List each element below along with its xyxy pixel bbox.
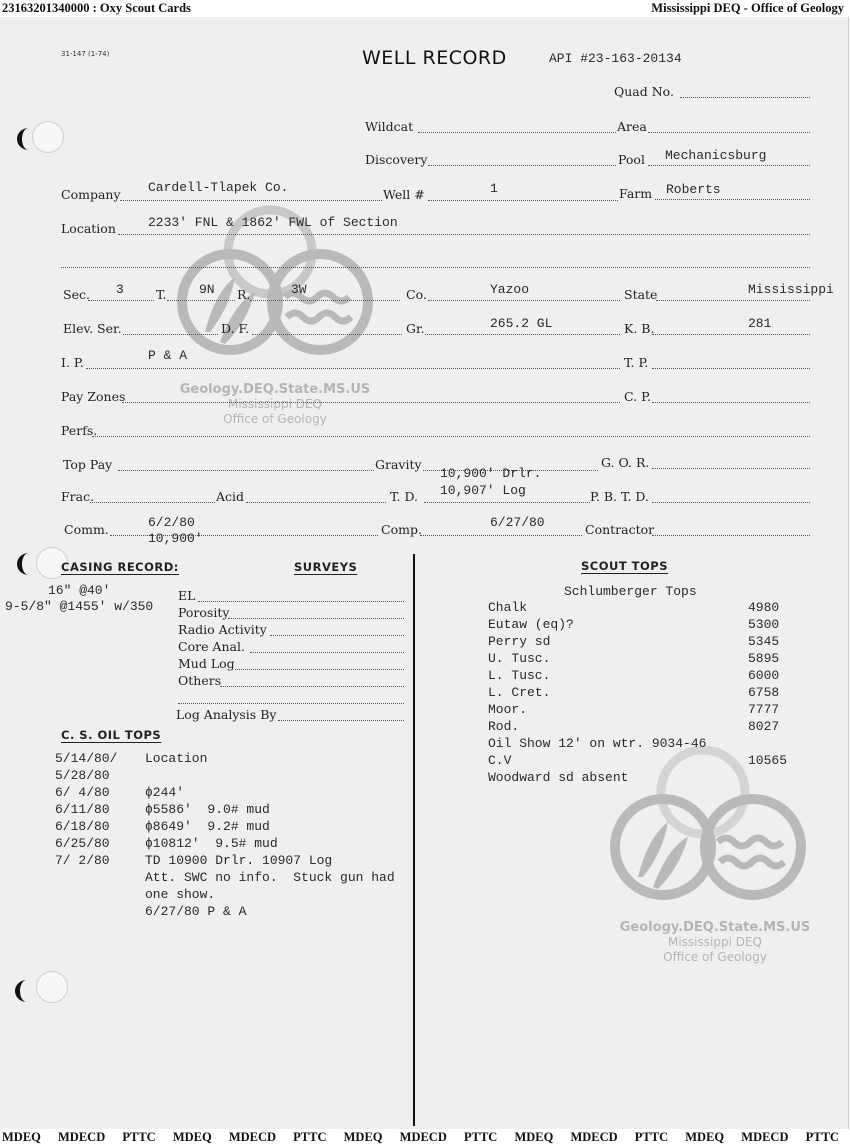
form-number: 31-147 (1-74) — [61, 50, 109, 58]
casing-line: 16" @40' — [48, 583, 110, 598]
well-number-label: Well # — [383, 187, 425, 202]
township-value: 9N — [199, 282, 215, 297]
watermark-logo: Geology.DEQ.State.MS.US Mississippi DEQ … — [175, 202, 385, 422]
quad-no-field — [680, 97, 810, 98]
form-title: WELL RECORD — [362, 47, 507, 69]
list-item: one show. — [145, 887, 215, 902]
survey-others-label: Others — [178, 673, 221, 688]
entry-note: Location — [145, 751, 207, 766]
list-item: 6/11/80 — [55, 802, 110, 817]
entry-note: ϕ244' — [145, 785, 184, 800]
td-field — [424, 502, 590, 503]
contractor-field — [652, 535, 810, 536]
survey-radio-activity-label: Radio Activity — [178, 622, 267, 637]
list-item: 5/28/80 — [55, 768, 110, 783]
list-item-depth: 7777 — [748, 702, 779, 717]
list-item: Att. SWC no info. Stuck gun had — [145, 870, 395, 885]
list-item: Chalk — [488, 600, 527, 615]
range-label: R. — [237, 287, 250, 302]
list-item: Moor. — [488, 702, 527, 717]
scout-card: Geology.DEQ.State.MS.US Mississippi DEQ … — [0, 17, 849, 1129]
tp-field — [652, 368, 810, 369]
list-item: ϕ244' — [145, 785, 184, 800]
comm-date-value: 6/2/80 — [148, 515, 195, 530]
list-item: C.V — [488, 753, 511, 768]
td-drlr-value: 10,900' Drlr. — [440, 466, 541, 481]
kb-value: 281 — [748, 316, 771, 331]
entry-date: 6/11/80 — [55, 802, 110, 817]
page-footer: MDEQ MDECD PTTC MDEQ MDECD PTTC MDEQ MDE… — [0, 1130, 850, 1147]
comm-depth-value: 10,900' — [148, 531, 203, 546]
entry-note: 6/27/80 P & A — [145, 904, 246, 919]
tp-label: T. P. — [624, 355, 648, 370]
township-label: T. — [156, 287, 166, 302]
county-label: Co. — [406, 287, 427, 302]
entry-note: ϕ10812' 9.5# mud — [145, 836, 278, 851]
list-item: 7/ 2/80 — [55, 853, 110, 868]
list-item-depth: 8027 — [748, 719, 779, 734]
df-label: D. F. — [221, 321, 249, 336]
list-item-depth: 6000 — [748, 668, 779, 683]
discovery-label: Discovery — [365, 152, 427, 167]
survey-porosity-label: Porosity — [178, 605, 229, 620]
kb-field — [652, 334, 810, 335]
entry-date: 6/ 4/80 — [55, 785, 110, 800]
entry-note: Att. SWC no info. Stuck gun had — [145, 870, 395, 885]
survey-core-anal-label: Core Anal. — [178, 639, 245, 654]
ip-field — [86, 368, 620, 369]
county-value: Yazoo — [490, 282, 529, 297]
top-pay-field — [118, 470, 374, 471]
df-field — [252, 334, 402, 335]
list-item: 6/ 4/80 — [55, 785, 110, 800]
frac-field — [90, 502, 215, 503]
quad-no-label: Quad No. — [614, 84, 674, 99]
township-field — [167, 300, 235, 301]
company-field — [120, 200, 382, 201]
watermark-agency: Mississippi DEQ — [610, 935, 820, 950]
area-label: Area — [617, 119, 647, 134]
survey-porosity-field — [228, 618, 404, 619]
td-label: T. D. — [390, 489, 418, 504]
header-right-title: Mississippi DEQ - Office of Geology — [651, 1, 844, 16]
log-analysis-by-field — [278, 720, 404, 721]
punch-hole-shadow-icon — [17, 128, 40, 150]
casing-line: 9-5/8" @1455' w/350 — [5, 599, 153, 614]
entry-date: 7/ 2/80 — [55, 853, 110, 868]
list-item-depth: 10565 — [748, 753, 787, 768]
pay-zones-field — [122, 402, 620, 403]
td-log-value: 10,907' Log — [440, 483, 526, 498]
wildcat-label: Wildcat — [365, 119, 413, 134]
list-item: ϕ10812' 9.5# mud — [145, 836, 278, 851]
acid-label: Acid — [216, 489, 244, 504]
ip-value: P & A — [148, 348, 187, 363]
kb-label: K. B. — [624, 321, 654, 336]
pool-field — [648, 165, 810, 166]
casing-record-heading: CASING RECORD: — [61, 560, 179, 574]
section-field — [88, 300, 154, 301]
watermark-url: Geology.DEQ.State.MS.US — [175, 382, 375, 397]
state-value: Mississippi — [748, 282, 834, 297]
punch-hole-shadow-icon — [17, 553, 40, 575]
company-label: Company — [61, 187, 121, 202]
top-pay-label: Top Pay — [63, 457, 112, 472]
list-item-depth: 5300 — [748, 617, 779, 632]
location-label: Location — [61, 221, 116, 236]
county-field — [428, 300, 620, 301]
page-header: 23163201340000 : Oxy Scout Cards Mississ… — [0, 0, 850, 17]
entry-note: TD 10900 Drlr. 10907 Log — [145, 853, 332, 868]
scout-tops-subheading: Schlumberger Tops — [564, 584, 697, 599]
list-item: Woodward sd absent — [488, 770, 628, 785]
farm-label: Farm — [619, 186, 652, 201]
list-item: ϕ8649' 9.2# mud — [145, 819, 270, 834]
elev-ser-label: Elev. Ser. — [63, 321, 122, 336]
pbtd-field — [652, 502, 810, 503]
location-field-line2 — [61, 267, 810, 268]
list-item: 6/27/80 P & A — [145, 904, 246, 919]
gor-field — [652, 468, 810, 469]
comm-label: Comm. — [64, 522, 109, 537]
gr-field — [425, 334, 620, 335]
section-label: Sec. — [63, 287, 90, 302]
survey-el-label: EL — [178, 588, 195, 603]
pay-zones-label: Pay Zones — [61, 389, 125, 404]
survey-others-field — [220, 686, 404, 687]
ip-label: I. P. — [61, 355, 84, 370]
list-item: ϕ5586' 9.0# mud — [145, 802, 270, 817]
list-item: Perry sd — [488, 634, 550, 649]
entry-date: 6/25/80 — [55, 836, 110, 851]
entry-date: 5/28/80 — [55, 768, 110, 783]
location-value: 2233' FNL & 1862' FWL of Section — [148, 215, 398, 230]
watermark-office: Office of Geology — [175, 412, 375, 427]
cp-label: C. P. — [624, 389, 651, 404]
entry-note: ϕ5586' 9.0# mud — [145, 802, 270, 817]
state-field — [656, 300, 810, 301]
watermark-logo: Geology.DEQ.State.MS.US Mississippi DEQ … — [608, 742, 818, 972]
list-item-depth: 5345 — [748, 634, 779, 649]
perfs-field — [92, 436, 810, 437]
survey-radio-activity-field — [270, 635, 404, 636]
watermark-office: Office of Geology — [610, 950, 820, 965]
scout-tops-heading: SCOUT TOPS — [581, 559, 668, 573]
list-item: Location — [145, 751, 207, 766]
gr-value: 265.2 GL — [490, 316, 552, 331]
location-field — [118, 234, 810, 235]
well-number-value: 1 — [490, 181, 498, 196]
survey-el-field — [198, 601, 404, 602]
list-item: TD 10900 Drlr. 10907 Log — [145, 853, 332, 868]
pool-label: Pool — [618, 152, 645, 167]
contractor-label: Contractor — [585, 522, 654, 537]
survey-core-anal-field — [250, 652, 404, 653]
section-value: 3 — [116, 282, 124, 297]
punch-hole-shadow-icon — [15, 980, 38, 1002]
header-left-title: 23163201340000 : Oxy Scout Cards — [2, 1, 191, 16]
gravity-label: Gravity — [375, 457, 422, 472]
entry-note: ϕ8649' 9.2# mud — [145, 819, 270, 834]
state-label: State — [624, 287, 657, 302]
cs-oil-tops-heading: C. S. OIL TOPS — [61, 728, 161, 742]
range-field — [250, 300, 400, 301]
entry-date: 5/14/80/ — [55, 751, 117, 766]
list-item: L. Cret. — [488, 685, 550, 700]
list-item: U. Tusc. — [488, 651, 550, 666]
list-item: Eutaw (eq)? — [488, 617, 574, 632]
farm-field — [655, 199, 810, 200]
gor-label: G. O. R. — [601, 455, 649, 470]
survey-mud-log-label: Mud Log — [178, 656, 235, 671]
well-number-field — [428, 200, 618, 201]
entry-date: 6/18/80 — [55, 819, 110, 834]
acid-field — [246, 502, 386, 503]
list-item-depth: 6758 — [748, 685, 779, 700]
range-value: 3W — [291, 282, 307, 297]
area-field — [648, 132, 810, 133]
list-item: Rod. — [488, 719, 519, 734]
survey-blank-field — [178, 703, 404, 704]
entry-note: one show. — [145, 887, 215, 902]
watermark-agency: Mississippi DEQ — [175, 397, 375, 412]
punch-hole-icon — [36, 971, 68, 1003]
list-item-depth: 5895 — [748, 651, 779, 666]
comp-label: Comp. — [381, 522, 422, 537]
gr-label: Gr. — [406, 321, 425, 336]
log-analysis-by-label: Log Analysis By — [176, 707, 276, 722]
surveys-heading: SURVEYS — [294, 560, 357, 574]
api-number: API #23-163-20134 — [549, 51, 682, 66]
farm-value: Roberts — [666, 182, 721, 197]
pbtd-label: P. B. T. D. — [590, 489, 649, 504]
list-item: 5/14/80/ — [55, 751, 117, 766]
list-item-depth: 4980 — [748, 600, 779, 615]
company-value: Cardell-Tlapek Co. — [148, 180, 288, 195]
list-item: 6/18/80 — [55, 819, 110, 834]
elev-ser-field — [123, 334, 218, 335]
wildcat-field — [418, 132, 616, 133]
cp-field — [652, 402, 810, 403]
comp-field — [420, 535, 582, 536]
discovery-field — [428, 165, 616, 166]
pool-value: Mechanicsburg — [665, 148, 766, 163]
list-item: L. Tusc. — [488, 668, 550, 683]
survey-mud-log-field — [235, 669, 404, 670]
list-item: Oil Show 12' on wtr. 9034-46 — [488, 736, 706, 751]
list-item: 6/25/80 — [55, 836, 110, 851]
watermark-url: Geology.DEQ.State.MS.US — [610, 920, 820, 935]
comp-value: 6/27/80 — [490, 515, 545, 530]
column-divider — [413, 554, 415, 1126]
